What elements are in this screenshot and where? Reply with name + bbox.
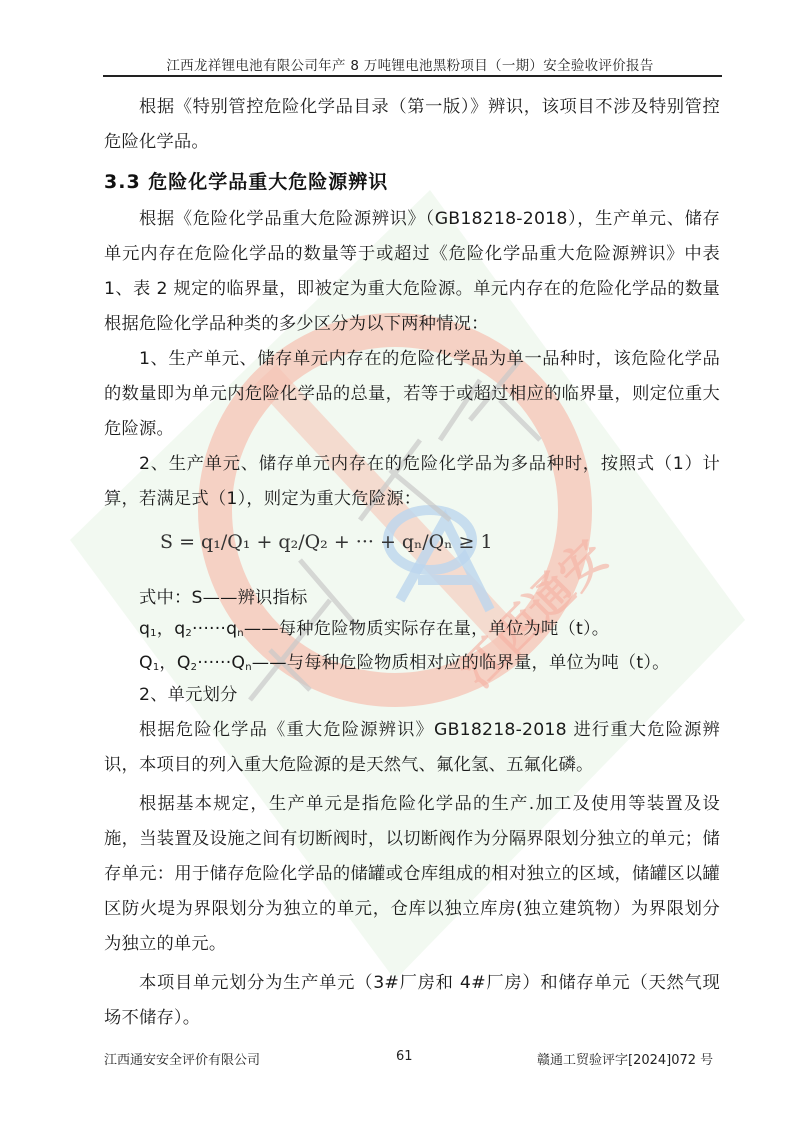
header-divider xyxy=(103,75,722,77)
formula-rhs: = q₁/Q₁ + q₂/Q₂ + ··· + qₙ/Qₙ ≥ 1 xyxy=(179,531,493,553)
intro-paragraph: 根据《特别管控危险化学品目录（第一版）》辨识，该项目不涉及特别管控危险化学品。 xyxy=(104,90,720,160)
paragraph-major-hazards: 根据危险化学品《重大危险源辨识》GB18218-2018 进行重大危险源辨识，本… xyxy=(104,713,720,783)
section-heading: 3.3 危险化学品重大危险源辨识 xyxy=(104,162,720,202)
running-header-title: 江西龙祥锂电池有限公司年产 8 万吨锂电池黑粉项目（一期）安全验收评价报告 xyxy=(100,54,720,74)
page-body: 根据《特别管控危险化学品目录（第一版）》辨识，该项目不涉及特别管控危险化学品。 … xyxy=(104,90,720,1036)
formula-identification: S = q₁/Q₁ + q₂/Q₂ + ··· + qₙ/Qₙ ≥ 1 xyxy=(160,527,720,557)
separator: ， xyxy=(159,653,176,673)
paragraph-unit-result: 本项目单元划分为生产单元（3#厂房和 4#厂房）和储存单元（天然气现场不储存）。 xyxy=(104,966,720,1036)
symbol-Q: Q xyxy=(231,653,245,673)
definition-s: 式中：S——辨识指标 xyxy=(139,583,720,614)
symbol-Q: Q xyxy=(177,653,191,673)
unit-division-heading: 2、单元划分 xyxy=(139,682,720,709)
symbol-q: q xyxy=(174,619,185,639)
document-page: 江西通安 江西龙祥锂电池有限公司年产 8 万吨锂电池黑粉项目（一期）安全验收评价… xyxy=(0,0,794,1123)
ellipsis: ······ xyxy=(197,653,231,673)
footer-page-number: 61 xyxy=(396,1049,413,1064)
footer-document-number: 赣通工贸验评字[2024]072 号 xyxy=(537,1049,713,1068)
definition-q-text: ——每种危险物质实际存在量，单位为吨（t）。 xyxy=(244,619,609,639)
definition-Q: Q1，Q2······Qn——与每种危险物质相对应的临界量，单位为吨（t）。 xyxy=(139,649,720,682)
paragraph-single-item: 1、生产单元、储存单元内存在的危险化学品为单一品种时，该危险化学品的数量即为单元… xyxy=(104,342,720,447)
formula-lhs: S xyxy=(160,531,173,553)
symbol-Q: Q xyxy=(139,653,153,673)
symbol-q: q xyxy=(139,619,150,639)
separator: ， xyxy=(157,619,174,639)
footer-company: 江西通安安全评价有限公司 xyxy=(104,1049,260,1068)
definition-Q-text: ——与每种危险物质相对应的临界量，单位为吨（t）。 xyxy=(252,653,670,673)
formula-definitions: 式中：S——辨识指标 q1，q2······qn——每种危险物质实际存在量，单位… xyxy=(104,583,720,709)
paragraph-definition: 根据《危险化学品重大危险源辨识》（GB18218-2018），生产单元、储存单元… xyxy=(104,202,720,342)
paragraph-multi-item: 2、生产单元、储存单元内存在的危险化学品为多品种时，按照式（1）计算，若满足式（… xyxy=(104,447,720,517)
definition-q: q1，q2······qn——每种危险物质实际存在量，单位为吨（t）。 xyxy=(139,614,720,649)
symbol-q: q xyxy=(226,619,237,639)
ellipsis: ······ xyxy=(192,619,226,639)
paragraph-unit-rules: 根据基本规定，生产单元是指危险化学品的生产.加工及使用等装置及设施，当装置及设施… xyxy=(104,787,720,962)
